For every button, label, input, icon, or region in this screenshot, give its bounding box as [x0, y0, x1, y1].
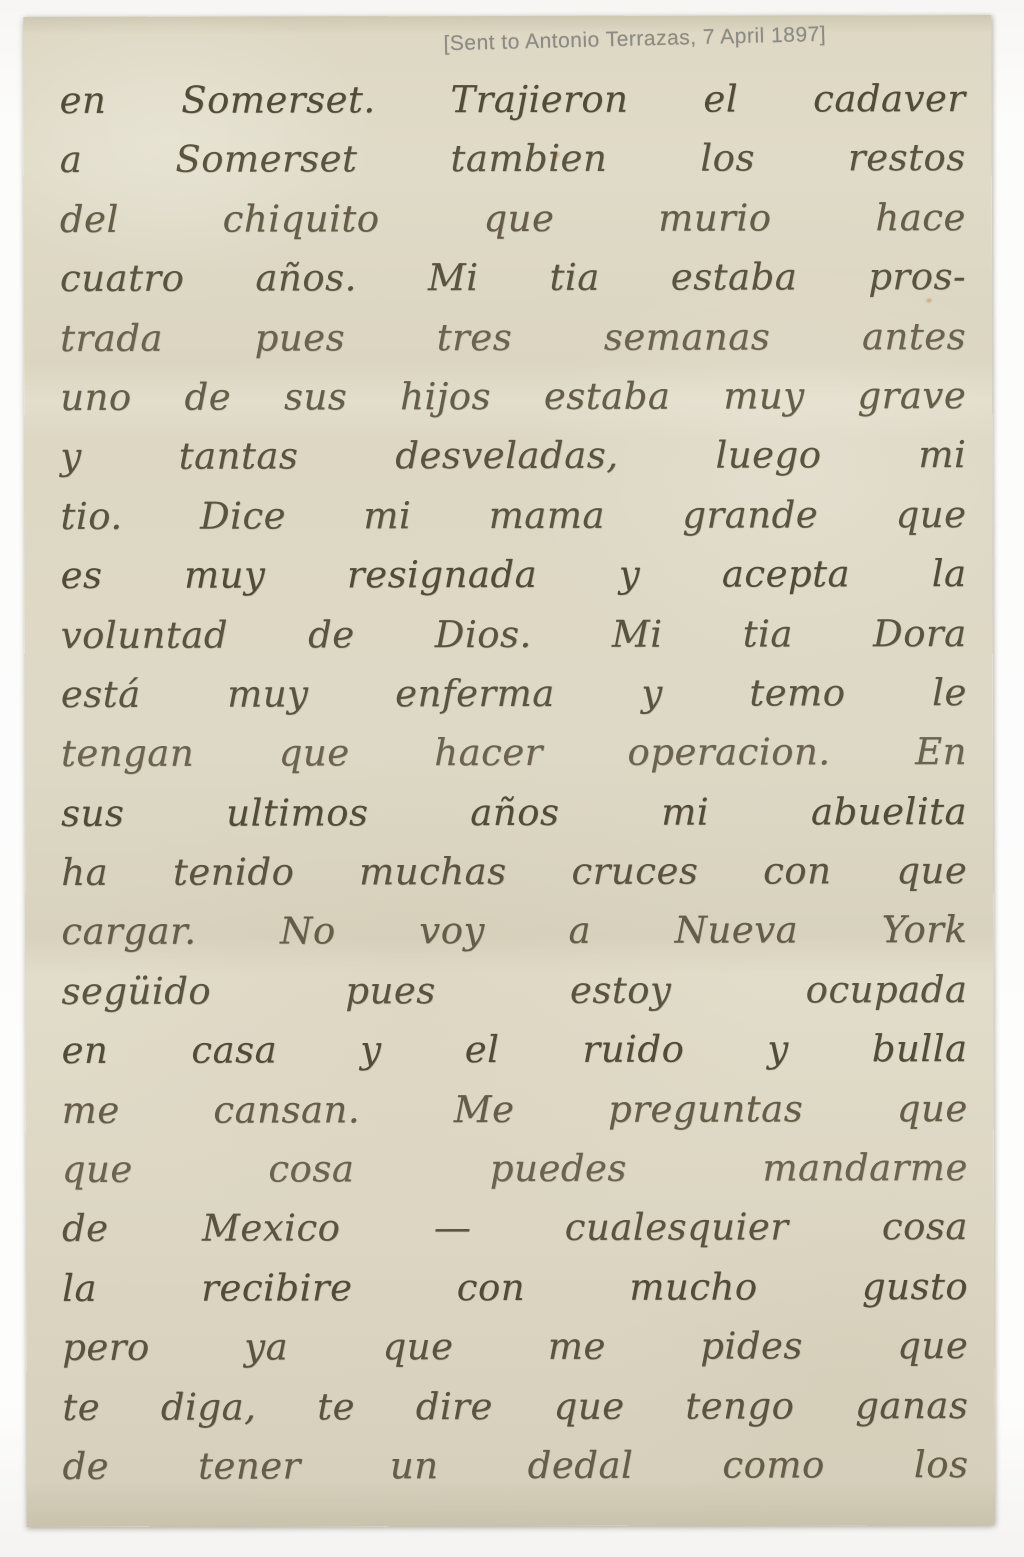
letter-line: del chiquito que murio hace	[60, 188, 966, 249]
letter-line: cuatro años. Mi tia estaba pros-	[60, 247, 966, 308]
letter-line: voluntad de Dios. Mi tia Dora	[61, 604, 967, 665]
letter-line: en casa y el ruido y bulla	[62, 1019, 968, 1080]
letter-line: sus ultimos años mi abuelita	[61, 782, 967, 843]
letter-line: es muy resignada y acepta la	[61, 544, 967, 605]
archival-annotation: [Sent to Antonio Terrazas, 7 April 1897]	[443, 19, 988, 56]
letter-line: uno de sus hijos estaba muy grave	[60, 366, 966, 427]
letter-line: la recibire con mucho gusto	[62, 1257, 968, 1318]
letter-line: en Somerset. Trajieron el cadaver	[60, 69, 966, 130]
letter-line: de Mexico — cualesquier cosa	[62, 1197, 968, 1258]
letter-line: tengan que hacer operacion. En	[61, 722, 967, 783]
letter-line: cargar. No voy a Nueva York	[61, 901, 967, 962]
letter-line: que cosa puedes mandarme	[62, 1138, 968, 1199]
letter-line: tio. Dice mi mama grande que	[60, 485, 966, 546]
letter-line: y tantas desveladas, luego mi	[60, 425, 966, 486]
letter-line: a Somerset tambien los restos	[60, 128, 966, 189]
letter-body: en Somerset. Trajieron el cadaver a Some…	[60, 69, 969, 1496]
letter-line: pero ya que me pides que	[62, 1316, 968, 1377]
letter-line: ha tenido muchas cruces con que	[61, 841, 967, 902]
letter-line: te diga, te dire que tengo ganas	[62, 1376, 968, 1437]
scan-background: [Sent to Antonio Terrazas, 7 April 1897]…	[0, 0, 1024, 1557]
letter-paper: [Sent to Antonio Terrazas, 7 April 1897]…	[23, 15, 994, 1527]
letter-line: trada pues tres semanas antes	[60, 307, 966, 368]
letter-line: de tener un dedal como los	[62, 1435, 968, 1496]
letter-line: següido pues estoy ocupada	[61, 960, 967, 1021]
letter-line: está muy enferma y temo le	[61, 663, 967, 724]
letter-line: me cansan. Me preguntas que	[62, 1079, 968, 1140]
